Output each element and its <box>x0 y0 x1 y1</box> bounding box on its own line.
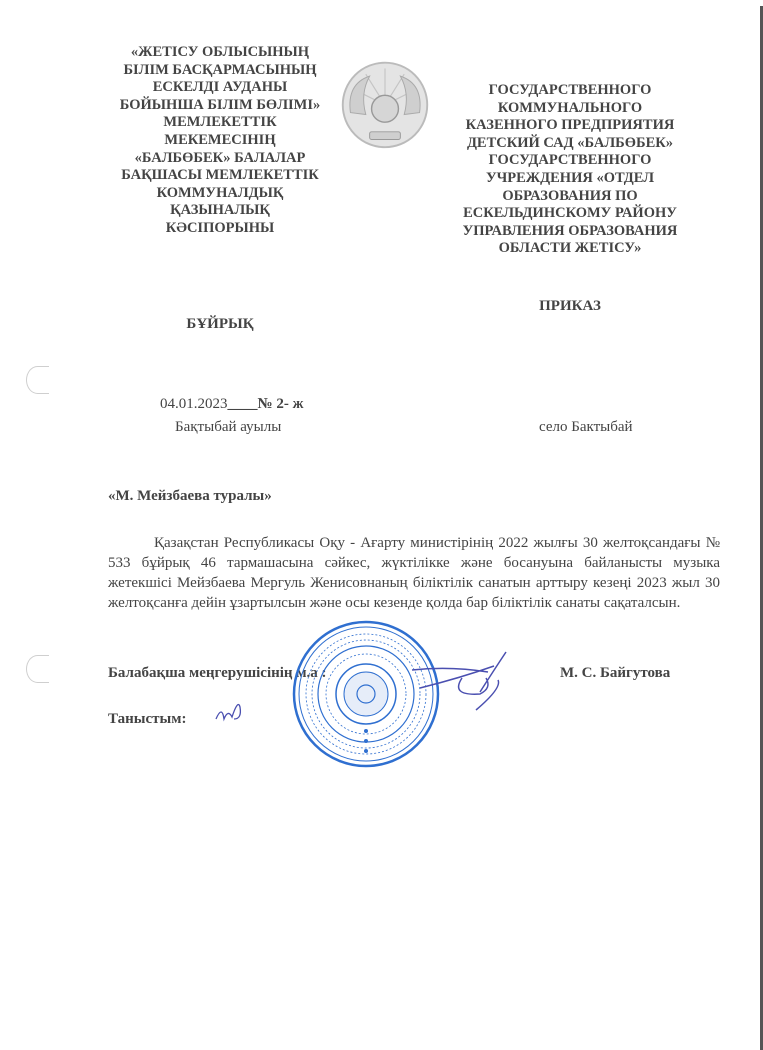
header-line: ГОСУДАРСТВЕННОГО <box>440 82 700 100</box>
header-line: БІЛІМ БАСҚАРМАСЫНЫҢ <box>100 62 340 80</box>
header-line: ҚАЗЫНАЛЫҚ <box>100 202 340 220</box>
header-line: КАЗЕННОГО ПРЕДПРИЯТИЯ <box>440 117 700 135</box>
initials-signature-icon <box>212 697 252 727</box>
header-line: УЧРЕЖДЕНИЯ «ОТДЕЛ <box>440 170 700 188</box>
header-line: ГОСУДАРСТВЕННОГО <box>440 152 700 170</box>
header-line: КОММУНАЛЬНОГО <box>440 100 700 118</box>
place-kz: Бақтыбай ауылы <box>175 419 281 436</box>
order-date-number: 04.01.2023____№ 2- ж <box>160 396 303 413</box>
order-subject: «М. Мейзбаева туралы» <box>108 488 272 505</box>
order-number: № 2- ж <box>258 396 304 412</box>
header-line: МЕМЛЕКЕТТІК <box>100 114 340 132</box>
punch-hole-mark <box>26 655 49 683</box>
order-date: 04.01.2023 <box>160 396 228 412</box>
order-label-ru: ПРИКАЗ <box>440 298 700 315</box>
signatory-name: М. С. Байгутова <box>560 665 670 682</box>
header-line: БАҚШАСЫ МЕМЛЕКЕТТІК <box>100 167 340 185</box>
header-left-kz: «ЖЕТІСУ ОБЛЫСЫНЫҢБІЛІМ БАСҚАРМАСЫНЫҢЕСКЕ… <box>100 44 340 238</box>
signature-icon <box>410 648 530 718</box>
header-line: БОЙЫНША БІЛІМ БӨЛІМІ» <box>100 97 340 115</box>
punch-hole-mark <box>26 366 49 394</box>
header-line: ЕСКЕЛЬДИНСКОМУ РАЙОНУ <box>440 205 700 223</box>
header-line: «БАЛБӨБЕК» БАЛАЛАР <box>100 150 340 168</box>
header-line: «ЖЕТІСУ ОБЛЫСЫНЫҢ <box>100 44 340 62</box>
order-body: Қазақстан Республикасы Оқу - Ағарту мини… <box>108 533 720 613</box>
place-ru: село Бактыбай <box>539 419 633 436</box>
header-line: КОММУНАЛДЫҚ <box>100 185 340 203</box>
header-line: ОБЛАСТИ ЖЕТІСУ» <box>440 240 700 258</box>
acquainted-label: Таныстым: <box>108 711 186 728</box>
header-line: ДЕТСКИЙ САД «БАЛБӨБЕК» <box>440 135 700 153</box>
header-line: ЕСКЕЛДІ АУДАНЫ <box>100 79 340 97</box>
state-emblem-icon <box>337 55 433 151</box>
date-underline: ____ <box>228 396 258 412</box>
header-right-ru: ГОСУДАРСТВЕННОГОКОММУНАЛЬНОГОКАЗЕННОГО П… <box>440 82 700 258</box>
order-label-kz: БҰЙРЫҚ <box>100 316 340 333</box>
header-line: УПРАВЛЕНИЯ ОБРАЗОВАНИЯ <box>440 223 700 241</box>
header-line: МЕКЕМЕСІНІҢ <box>100 132 340 150</box>
header-line: ОБРАЗОВАНИЯ ПО <box>440 188 700 206</box>
header-line: КӘСІПОРЫНЫ <box>100 220 340 238</box>
